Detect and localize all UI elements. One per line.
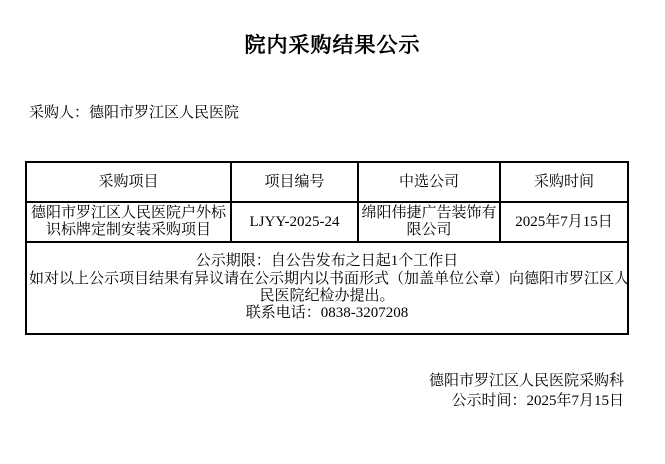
notice-cell: 公示期限：自公告发布之日起1个工作日 如对以上公示项目结果有异议请在公示期内以书… xyxy=(26,242,628,334)
table-header-row: 采购项目 项目编号 中选公司 采购时间 xyxy=(26,162,628,202)
cell-selected-company: 绵阳伟捷广告装饰有限公司 xyxy=(358,202,500,242)
column-header-project-number: 项目编号 xyxy=(231,162,358,202)
procurement-result-table: 采购项目 项目编号 中选公司 采购时间 德阳市罗江区人民医院户外标识标牌定制安装… xyxy=(25,161,629,335)
signature-department: 德阳市罗江区人民医院采购科 xyxy=(429,372,624,392)
purchaser-line: 采购人：德阳市罗江区人民医院 xyxy=(29,104,239,122)
signature-publish-time: 公示时间：2025年7月15日 xyxy=(429,392,624,412)
cell-project-number: LJYY-2025-24 xyxy=(231,202,358,242)
table-data-row: 德阳市罗江区人民医院户外标识标牌定制安装采购项目 LJYY-2025-24 绵阳… xyxy=(26,202,628,242)
table-notice-row: 公示期限：自公告发布之日起1个工作日 如对以上公示项目结果有异议请在公示期内以书… xyxy=(26,242,628,334)
notice-line-contact-phone: 联系电话：0838-3207208 xyxy=(29,305,625,322)
notice-line-publicity-period: 公示期限：自公告发布之日起1个工作日 xyxy=(29,253,625,270)
cell-project-name: 德阳市罗江区人民医院户外标识标牌定制安装采购项目 xyxy=(26,202,231,242)
procurement-announcement-document: 院内采购结果公示 采购人：德阳市罗江区人民医院 采购项目 项目编号 中选公司 采… xyxy=(0,0,665,464)
notice-line-objection-1: 如对以上公示项目结果有异议请在公示期内以书面形式（加盖单位公章）向德阳市罗江区人 xyxy=(29,271,625,288)
cell-purchase-date: 2025年7月15日 xyxy=(500,202,628,242)
column-header-project: 采购项目 xyxy=(26,162,231,202)
notice-line-objection-2: 民医院纪检办提出。 xyxy=(29,288,625,305)
column-header-selected-company: 中选公司 xyxy=(358,162,500,202)
signature-block: 德阳市罗江区人民医院采购科 公示时间：2025年7月15日 xyxy=(429,372,624,411)
column-header-purchase-time: 采购时间 xyxy=(500,162,628,202)
page-title: 院内采购结果公示 xyxy=(0,29,665,59)
